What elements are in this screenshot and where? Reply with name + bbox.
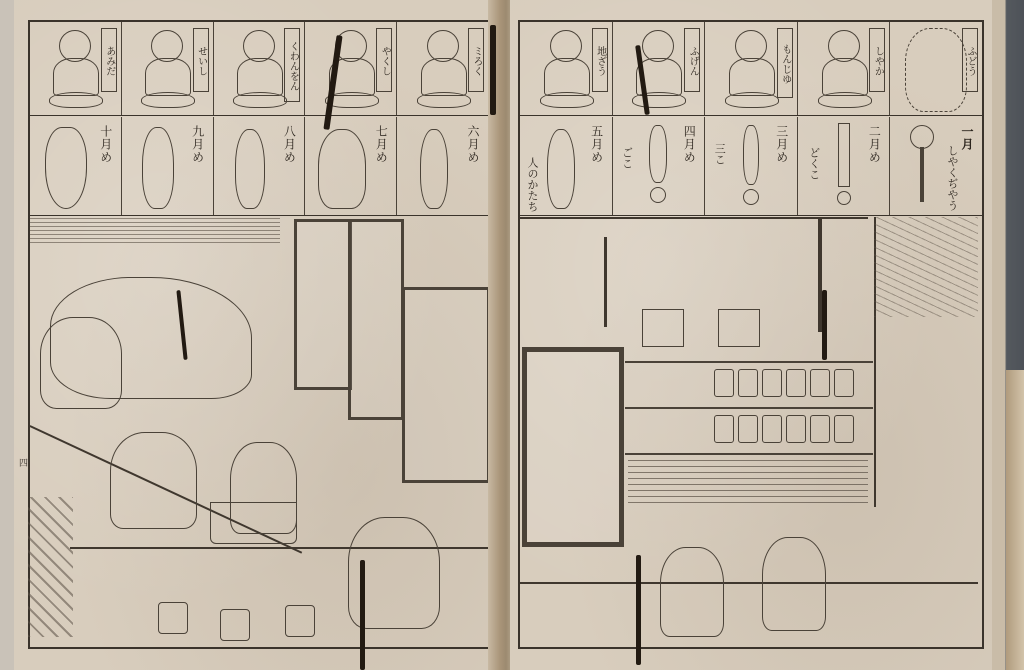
month-sublabel: どくこ xyxy=(806,147,822,180)
stacked-trays xyxy=(28,497,73,637)
buddha-cell: やくし xyxy=(305,22,397,115)
buddha-cell: 地ざう xyxy=(520,22,613,115)
month-sublabel: しやくぢやう xyxy=(944,145,960,211)
folding-screen-waves xyxy=(294,219,352,390)
single-prong-vajra-icon xyxy=(838,123,850,187)
five-prong-vajra-icon xyxy=(649,125,667,183)
fetus-hands-clasped-icon xyxy=(420,129,448,209)
buddha-label: ふげん xyxy=(684,28,700,92)
month-label: 七月め xyxy=(373,125,390,164)
month-cell: 十月め xyxy=(30,117,122,215)
month-sublabel: 人のかたち xyxy=(524,157,540,212)
crowned-bodhisattva-icon xyxy=(233,30,285,110)
right-buddha-row: 地ざう ふげん もんじゆ xyxy=(520,22,982,116)
storage-box xyxy=(642,309,684,347)
seated-buddha-icon xyxy=(49,30,101,110)
month-cell: 二月め どくこ xyxy=(798,117,891,215)
wash-tub xyxy=(210,502,297,544)
month-cell: 五月め 人のかたち xyxy=(520,117,613,215)
kneeling-lady-figure xyxy=(762,537,826,631)
buddha-label: しやか xyxy=(869,28,885,92)
buddha-label: やくし xyxy=(376,28,392,92)
book-spread: あみだ せいし くわんをん xyxy=(0,0,1024,670)
month-label: 五月め xyxy=(589,125,606,164)
paper-damage xyxy=(490,25,496,115)
buddha-cell: ふどう xyxy=(890,22,982,115)
folding-screen-bamboo xyxy=(348,219,404,420)
buddha-cell: ふげん xyxy=(613,22,706,115)
jar xyxy=(786,415,806,443)
jar xyxy=(786,369,806,397)
right-month-row: 五月め 人のかたち 四月め ごこ 三月め 三こ 二月め どくこ xyxy=(520,117,982,216)
low-table xyxy=(628,457,868,503)
left-page-frame: あみだ せいし くわんをん xyxy=(28,20,490,649)
seated-buddha-icon xyxy=(818,30,870,110)
buddha-label: ミろく xyxy=(468,28,484,92)
month-label: 四月め xyxy=(681,125,698,164)
jar xyxy=(714,415,734,443)
month-label: 二月め xyxy=(866,125,883,164)
bamboo-blind xyxy=(30,217,280,243)
month-cell: 四月め ごこ xyxy=(613,117,706,215)
left-scene-illustration xyxy=(30,217,488,647)
lady-in-kimono-figure xyxy=(40,317,122,409)
jar xyxy=(738,415,758,443)
shelf xyxy=(625,361,873,363)
jar xyxy=(762,415,782,443)
fudo-with-flames-icon xyxy=(905,28,967,112)
right-page-frame: 地ざう ふげん もんじゆ xyxy=(518,20,984,649)
left-buddha-row: あみだ せいし くわんをん xyxy=(30,22,488,116)
buddha-label: ふどう xyxy=(962,28,978,92)
jar xyxy=(714,369,734,397)
kneeling-lady-figure xyxy=(660,547,724,637)
month-label: 十月め xyxy=(98,125,115,164)
shelf xyxy=(625,407,873,409)
shelf xyxy=(625,453,873,455)
folding-screen-pine xyxy=(402,287,490,483)
buddha-cell: ミろく xyxy=(397,22,488,115)
jar xyxy=(834,415,854,443)
standing-fetus-icon xyxy=(235,129,265,209)
folding-screen-pine xyxy=(522,347,624,547)
left-page-mark: 四 xyxy=(16,458,29,467)
lamp-stand xyxy=(604,237,607,327)
month-sublabel: 三こ xyxy=(711,143,727,165)
jar xyxy=(810,415,830,443)
month-label: 九月め xyxy=(190,125,207,164)
buddha-cell: くわんをん xyxy=(214,22,306,115)
seated-jizo-icon xyxy=(540,30,592,110)
circle-icon xyxy=(837,191,851,205)
buddha-label: せいし xyxy=(193,28,209,92)
month-cell: 九月め xyxy=(122,117,214,215)
seated-lady-figure xyxy=(110,432,197,529)
monk-staff-icon xyxy=(910,125,934,149)
right-scene-illustration xyxy=(520,217,982,647)
fetus-arms-raised-icon xyxy=(318,129,366,209)
buddha-cell: もんじゆ xyxy=(705,22,798,115)
month-cell: 三月め 三こ xyxy=(705,117,798,215)
seated-bodhisattva-icon xyxy=(141,30,193,110)
month-label: 六月め xyxy=(465,125,482,164)
buddha-label: もんじゆ xyxy=(777,28,793,98)
month-cell: 七月め xyxy=(305,117,397,215)
month-cell: 八月め xyxy=(214,117,306,215)
bucket xyxy=(285,605,315,637)
crowned-bodhisattva-icon xyxy=(725,30,777,110)
paper-damage xyxy=(360,560,365,670)
month-cell: 一月 しやくぢやう xyxy=(890,117,982,215)
bucket xyxy=(220,609,250,641)
jar xyxy=(810,369,830,397)
paper-damage xyxy=(822,290,827,360)
buddha-label: くわんをん xyxy=(284,28,300,102)
month-label: 八月め xyxy=(281,125,298,164)
floor-line xyxy=(520,582,978,584)
buddha-label: あみだ xyxy=(101,28,117,92)
paper-damage xyxy=(636,555,641,665)
jar xyxy=(738,369,758,397)
patterned-wall xyxy=(874,217,978,317)
fetus-hands-clasped-icon xyxy=(547,129,575,209)
book-cover-edge xyxy=(992,0,1024,670)
buddha-label: 地ざう xyxy=(592,28,608,92)
face-circle-icon xyxy=(743,189,759,205)
three-prong-vajra-icon xyxy=(743,125,759,185)
buddha-cell: しやか xyxy=(798,22,891,115)
month-label: 三月め xyxy=(774,125,791,164)
background-surface xyxy=(0,0,14,670)
buddha-cell: せいし xyxy=(122,22,214,115)
jar xyxy=(834,369,854,397)
ceiling-line xyxy=(520,217,868,219)
inverted-fetus-icon xyxy=(45,127,87,209)
storage-box xyxy=(718,309,760,347)
buddha-cell: あみだ xyxy=(30,22,122,115)
month-sublabel: ごこ xyxy=(619,147,635,169)
month-cell: 六月め xyxy=(397,117,488,215)
month-label: 一月 xyxy=(959,125,976,151)
face-circle-icon xyxy=(650,187,666,203)
left-month-row: 十月め 九月め 八月め 七月め 六月め xyxy=(30,117,488,216)
crowned-bodhisattva-icon xyxy=(417,30,469,110)
staff-shaft xyxy=(920,147,924,202)
bucket xyxy=(158,602,188,634)
jar xyxy=(762,369,782,397)
fetus-with-cord-icon xyxy=(142,127,174,209)
